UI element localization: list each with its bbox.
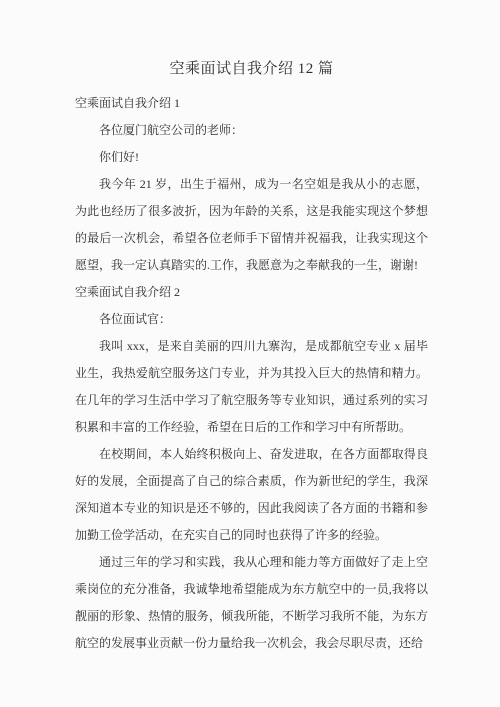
section-heading-1: 空乘面试自我介绍 1 [75,90,428,117]
salutation-line: 各位厦门航空公司的老师： [75,117,428,144]
section-intro-2: 空乘面试自我介绍 2 各位面试官： 我叫 xxx，是来自美丽的四川九寨沟，是成都… [75,279,428,657]
document-page: 空乘面试自我介绍 12 篇 空乘面试自我介绍 1 各位厦门航空公司的老师： 你们… [0,0,500,707]
body-paragraph: 我叫 xxx，是来自美丽的四川九寨沟，是成都航空专业 x 届毕业生，我热爱航空服… [75,333,428,441]
salutation-line: 各位面试官： [75,306,428,333]
body-paragraph: 在校期间，本人始终积极向上、奋发进取，在各方面都取得良好的发展，全面提高了自己的… [75,441,428,549]
body-paragraph: 我今年 21 岁，出生于福州，成为一名空姐是我从小的志愿，为此也经历了很多波折，… [75,171,428,279]
greeting-line: 你们好! [75,144,428,171]
section-intro-1: 空乘面试自我介绍 1 各位厦门航空公司的老师： 你们好! 我今年 21 岁，出生… [75,90,428,279]
section-heading-2: 空乘面试自我介绍 2 [75,279,428,306]
body-paragraph-truncated: 通过三年的学习和实践，我从心理和能力等方面做好了走上空乘岗位的充分准备，我诚挚地… [75,549,428,657]
document-title: 空乘面试自我介绍 12 篇 [75,54,428,84]
